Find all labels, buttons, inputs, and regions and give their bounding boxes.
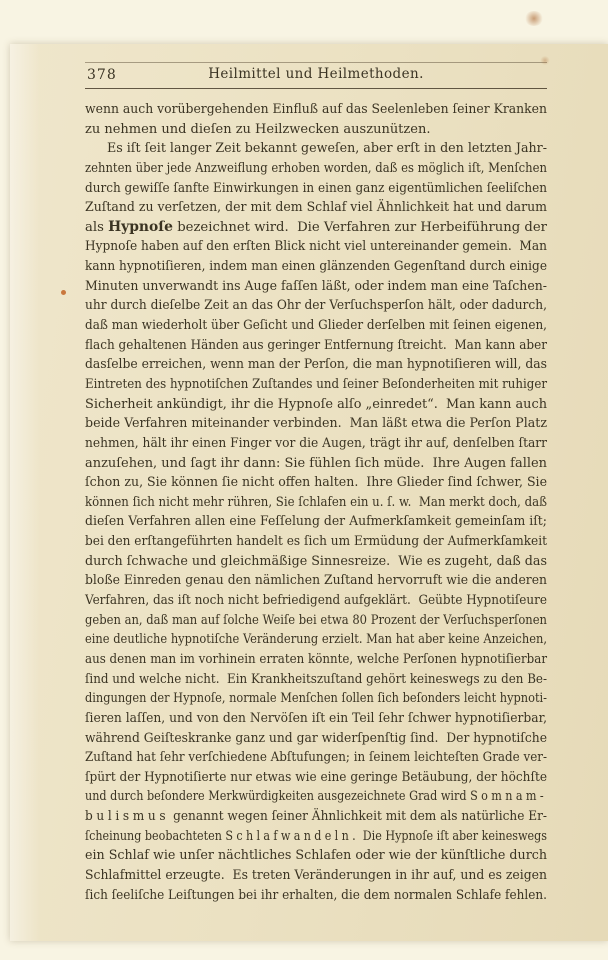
text-line: dieſen Verfahren allen eine Feſſelung de…	[85, 512, 547, 532]
letterspaced-term: bulismus	[85, 809, 169, 824]
text-line: Zuſtand zu verſetzen, der mit dem Schlaf…	[85, 198, 547, 218]
text-line: während Geiſteskranke ganz und gar wider…	[85, 729, 547, 749]
text-line: ein Schlaf wie unſer nächtliches Schlafe…	[85, 846, 547, 866]
text-line: geben an, daß man auf ſolche Weiſe bei e…	[85, 611, 547, 631]
text-line: Verfahren, das iſt noch nicht befriedige…	[85, 591, 547, 611]
text-line: ſchon zu, Sie können ſie nicht offen hal…	[85, 473, 547, 493]
emphasized-term: Hypnoſe	[108, 219, 173, 235]
page-edge-highlight	[10, 44, 40, 941]
text-line: ſieren laſſen, und von den Nervöſen iſt …	[85, 709, 547, 729]
text-line: ſich ſeeliſche Leiſtungen bei ihr erhalt…	[85, 886, 547, 906]
text-line: kann hypnotiſieren, indem man einen glän…	[85, 257, 547, 277]
text-line: uhr durch dieſelbe Zeit an das Ohr der V…	[85, 296, 547, 316]
paper-stain	[524, 11, 544, 26]
text-line: bloße Einreden genau den nämlichen Zuſta…	[85, 571, 547, 591]
text-line: nehmen, hält ihr einen Finger vor die Au…	[85, 434, 547, 454]
text-line: können ſich nicht mehr rühren, Sie ſchla…	[85, 493, 547, 513]
text-line: durch gewiſſe ſanfte Einwirkungen in ein…	[85, 179, 547, 199]
text-line: und durch beſondere Merkwürdigkeiten aus…	[85, 787, 547, 807]
running-head-title: Heilmittel und Heilmethoden.	[85, 66, 547, 82]
text-line: zehnten über jede Anzweiflung erhoben wo…	[85, 159, 547, 179]
running-head-rule-top	[85, 62, 547, 63]
text-line: anzuſehen, und ſagt ihr dann: Sie fühlen…	[85, 454, 547, 474]
text-line: Es iſt ſeit langer Zeit bekannt geweſen,…	[85, 139, 547, 159]
text-line: Hypnoſe haben auf den erſten Blick nicht…	[85, 237, 547, 257]
text-line: durch ſchwache und gleichmäßige Sinnesre…	[85, 552, 547, 572]
scanned-book-page: 378 Heilmittel und Heilmethoden. wenn au…	[0, 0, 608, 960]
running-head-rule-bottom	[85, 88, 547, 89]
text-line: ſind und welche nicht. Ein Krankheitszuſ…	[85, 670, 547, 690]
text-line: eine deutliche hypnotiſche Veränderung e…	[85, 630, 547, 650]
body-text: wenn auch vorübergehenden Einfluß auf da…	[85, 100, 547, 905]
text-line: daß man wiederholt über Geſicht und Glie…	[85, 316, 547, 336]
text-line: Schlafmittel erzeugte. Es treten Verände…	[85, 866, 547, 886]
text-line: ſcheinung beobachteten Schlafwandeln. Di…	[85, 827, 547, 847]
text-line: dingungen der Hypnoſe, normale Menſchen …	[85, 689, 547, 709]
text-line: beide Verfahren miteinander verbinden. M…	[85, 414, 547, 434]
running-head: 378 Heilmittel und Heilmethoden.	[85, 66, 547, 86]
page-number: 378	[87, 67, 117, 83]
text-line: Eintreten des hypnotiſchen Zuſtandes und…	[85, 375, 547, 395]
text-line: wenn auch vorübergehenden Einfluß auf da…	[85, 100, 547, 120]
letterspaced-term: Schlafwandeln	[225, 829, 352, 844]
text-line: bulismus genannt wegen ſeiner Ähnlichkei…	[85, 807, 547, 827]
text-line: zu nehmen und dieſen zu Heilzwecken ausz…	[85, 120, 547, 140]
text-line: Minuten unverwandt ins Auge faſſen läßt,…	[85, 277, 547, 297]
ink-speck	[61, 290, 66, 295]
text-line: dasſelbe erreichen, wenn man der Perſon,…	[85, 355, 547, 375]
text-line: aus denen man im vorhinein erraten könnt…	[85, 650, 547, 670]
text-line: bei den erſtangeführten handelt es ſich …	[85, 532, 547, 552]
text-line: Zuſtand hat ſehr verſchiedene Abſtufunge…	[85, 748, 547, 768]
paper-stain-small	[540, 56, 550, 65]
page-paper: 378 Heilmittel und Heilmethoden. wenn au…	[10, 44, 608, 941]
text-line: Sicherheit ankündigt, ihr die Hypnoſe al…	[85, 395, 547, 415]
text-line: ſpürt der Hypnotiſierte nur etwas wie ei…	[85, 768, 547, 788]
letterspaced-term: Somnam-	[470, 789, 547, 804]
text-line: als Hypnoſe bezeichnet wird. Die Verfahr…	[85, 218, 547, 238]
text-line: flach gehaltenen Händen aus geringer Ent…	[85, 336, 547, 356]
